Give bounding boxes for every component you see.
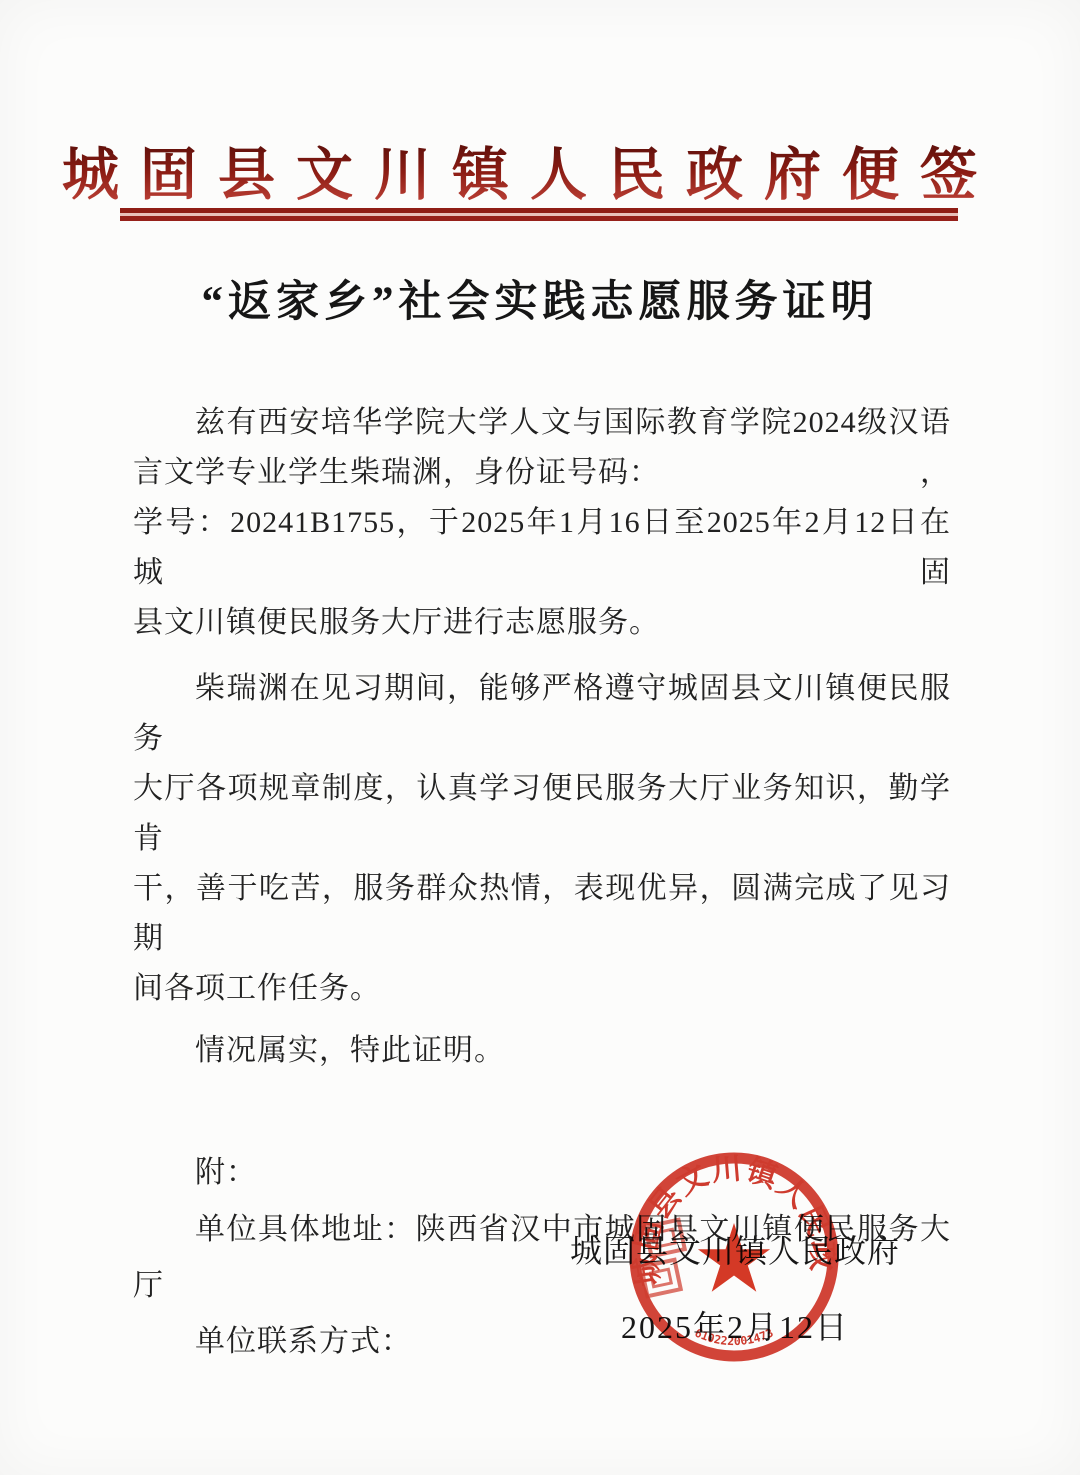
body-line: 学号：20241B1755，于2025年1月16日至2025年2月12日在城固 (133, 498, 951, 598)
body-line: 大厅各项规章制度，认真学习便民服务大厅业务知识，勤学肯 (133, 764, 951, 864)
document-title: “返家乡”社会实践志愿服务证明 (0, 268, 1080, 329)
letterhead-title: 城固县文川镇人民政府便签 (0, 146, 1070, 206)
official-seal: 城固县文川镇人民政府 610222001473 (624, 1147, 844, 1367)
body-line: 县文川镇便民服务大厅进行志愿服务。 (133, 598, 951, 648)
paragraph-2: 柴瑞渊在见习期间，能够严格遵守城固县文川镇便民服务 大厅各项规章制度，认真学习便… (133, 664, 951, 1014)
seal-serial: 610222001473 (693, 1325, 776, 1348)
letterhead-title-text: 城固县文川镇人民政府便签 (62, 144, 998, 207)
id-line-trailing-comma: ， (920, 448, 951, 498)
body-line: 干，善于吃苦，服务群众热情，表现优异，圆满完成了见习期 (133, 864, 951, 964)
paragraph-1: 兹有西安培华学院大学人文与国际教育学院2024级汉语 言文学专业学生柴瑞渊，身份… (133, 398, 951, 648)
letterhead-divider (120, 208, 958, 221)
body-line: 情况属实，特此证明。 (133, 1026, 951, 1076)
body-line: 柴瑞渊在见习期间，能够严格遵守城固县文川镇便民服务 (133, 664, 951, 764)
body-line: 间各项工作任务。 (133, 964, 951, 1014)
paragraph-3: 情况属实，特此证明。 (133, 1026, 951, 1076)
star-icon (698, 1223, 770, 1292)
body-line: 兹有西安培华学院大学人文与国际教育学院2024级汉语 (133, 398, 951, 448)
seal-serial-holder: 610222001473 (693, 1325, 776, 1348)
document-page: 城固县文川镇人民政府便签 “返家乡”社会实践志愿服务证明 兹有西安培华学院大学人… (0, 0, 1080, 1475)
id-line-text: 言文学专业学生柴瑞渊，身份证号码： (133, 448, 660, 498)
body-line-id: 言文学专业学生柴瑞渊，身份证号码： ， (133, 448, 951, 498)
